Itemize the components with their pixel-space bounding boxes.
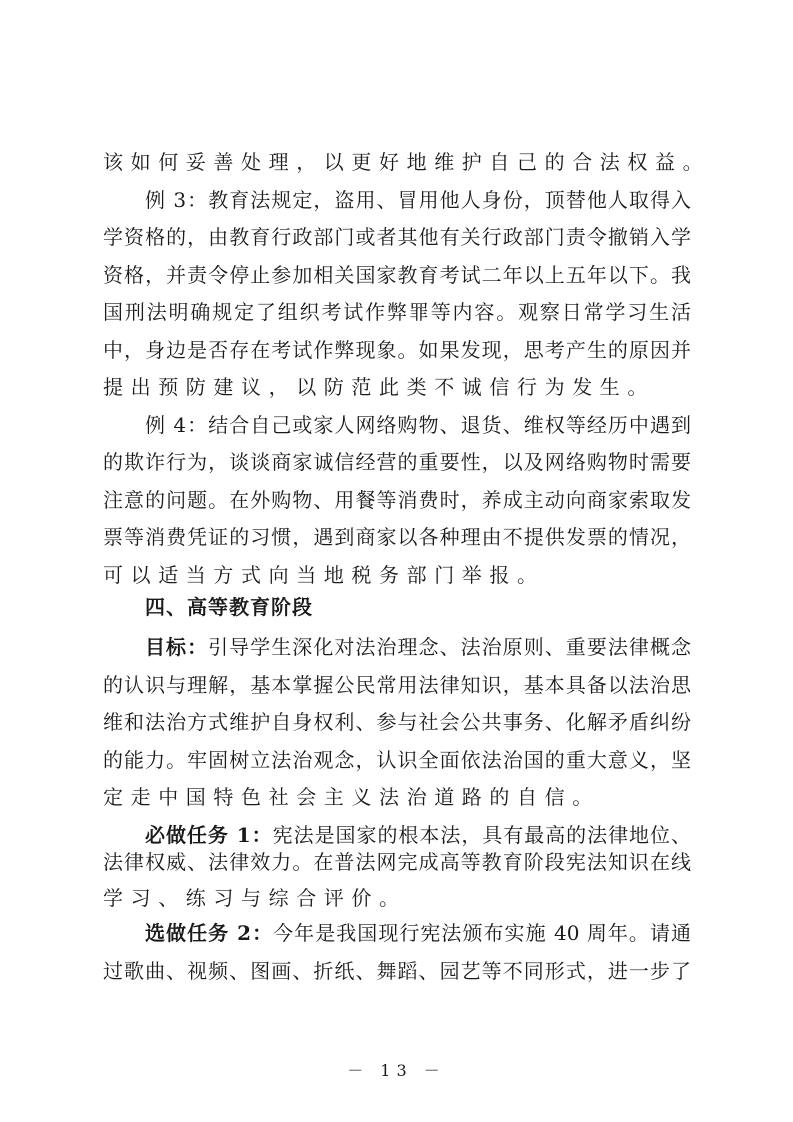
text-line: 的欺诈行为，谈谈商家诚信经营的重要性，以及网络购物时需要 (103, 447, 691, 477)
task-2-text: 今年是我国现行宪法颁布实施 40 周年。请通 (273, 921, 691, 945)
text-line: 资格，并责令停止参加相关国家教育考试二年以上五年以下。我 (103, 260, 691, 290)
document-page: 该如何妥善处理，以更好地维护自己的合法权益。 例 3：教育法规定，盗用、冒用他人… (0, 0, 793, 1122)
text-line: 注意的问题。在外购物、用餐等消费时，养成主动向商家索取发 (103, 485, 691, 515)
text-line: 的能力。牢固树立法治观念，认识全面依法治国的重大意义，坚 (103, 745, 691, 775)
text-line: 可以适当方式向当地税务部门举报。 (103, 560, 691, 590)
text-line: 中，身边是否存在考试作弊现象。如果发现，思考产生的原因并 (103, 335, 691, 365)
section-heading: 四、高等教育阶段 (145, 592, 313, 622)
text-line: 定走中国特色社会主义法治道路的自信。 (103, 782, 691, 812)
task-1-label: 必做任务 1： (145, 823, 273, 847)
task-2-label: 选做任务 2： (145, 921, 273, 945)
goal-first-line: 目标：引导学生深化对法治理念、法治原则、重要法律概念 (145, 632, 691, 662)
text-line: 该如何妥善处理，以更好地维护自己的合法权益。 (103, 147, 691, 177)
text-line: 法律权威、法律效力。在普法网完成高等教育阶段宪法知识在线 (103, 847, 691, 877)
task-1-first-line: 必做任务 1：宪法是国家的根本法，具有最高的法律地位、 (145, 820, 691, 850)
text-line: 过歌曲、视频、图画、折纸、舞蹈、园艺等不同形式，进一步了 (103, 956, 691, 986)
goal-text: 引导学生深化对法治理念、法治原则、重要法律概念 (208, 635, 691, 659)
example-3-first-line: 例 3：教育法规定，盗用、冒用他人身份，顶替他人取得入 (145, 185, 691, 215)
text-line: 的认识与理解，基本掌握公民常用法律知识，基本具备以法治思 (103, 670, 691, 700)
text-line: 学习、练习与综合评价。 (103, 883, 691, 913)
task-2-first-line: 选做任务 2：今年是我国现行宪法颁布实施 40 周年。请通 (145, 918, 691, 948)
text-line: 提出预防建议，以防范此类不诚信行为发生。 (103, 372, 691, 402)
goal-label: 目标： (145, 635, 208, 659)
text-line: 票等消费凭证的习惯，遇到商家以各种理由不提供发票的情况， (103, 522, 691, 552)
text-line: 学资格的，由教育行政部门或者其他有关行政部门责令撤销入学 (103, 222, 691, 252)
page-number: － 13 － (0, 1058, 793, 1081)
example-4-first-line: 例 4：结合自己或家人网络购物、退货、维权等经历中遇到 (145, 410, 691, 440)
text-line: 国刑法明确规定了组织考试作弊罪等内容。观察日常学习生活 (103, 297, 691, 327)
task-1-text: 宪法是国家的根本法，具有最高的法律地位、 (273, 823, 691, 847)
text-line: 维和法治方式维护自身权利、参与社会公共事务、化解矛盾纠纷 (103, 707, 691, 737)
